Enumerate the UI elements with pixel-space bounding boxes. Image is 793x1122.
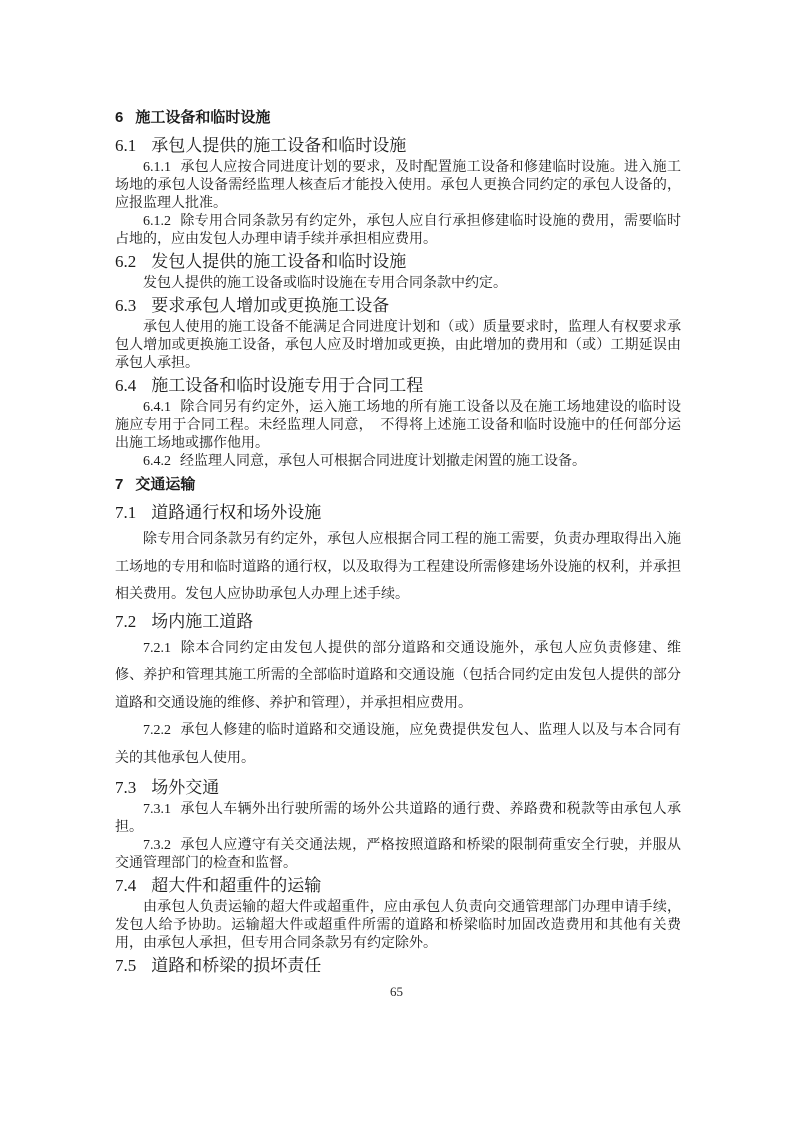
section-title: 道路和桥梁的损坏责任 [151, 956, 321, 975]
clause-number: 6.1.2 [143, 214, 171, 229]
clause-7-2-2: 7.2.2承包人修建的临时道路和交通设施，应免费提供发包人、监理人以及与本合同有… [115, 717, 681, 772]
clause-6-1-1: 6.1.1承包人应按合同进度计划的要求，及时配置施工设备和修建临时设施。进入施工… [115, 159, 681, 213]
paragraph-7-4: 由承包人负责运输的超大件或超重件，应由承包人负责向交通管理部门办理申请手续，发包… [115, 899, 681, 953]
chapter-number: 7 [115, 476, 123, 493]
section-heading-6-3: 6.3要求承包人增加或更换施工设备 [115, 295, 681, 317]
chapter-title: 施工设备和临时设施 [135, 109, 270, 126]
clause-7-2-1: 7.2.1除本合同约定由发包人提供的部分道路和交通设施外，承包人应负责修建、维修… [115, 635, 681, 718]
section-heading-6-2: 6.2发包人提供的施工设备和临时设施 [115, 251, 681, 273]
clause-text: 承包人车辆外出行驶所需的场外公共道路的通行费、养路费和税款等由承包人承担。 [115, 802, 681, 835]
clause-text: 承包人修建的临时道路和交通设施，应免费提供发包人、监理人以及与本合同有关的其他承… [115, 723, 681, 766]
chapter-heading-6: 6施工设备和临时设施 [115, 108, 681, 128]
clause-6-4-1: 6.4.1除合同另有约定外，运入施工场地的所有施工设备以及在施工场地建设的临时设… [115, 399, 681, 453]
section-title: 施工设备和临时设施专用于合同工程 [151, 376, 423, 395]
section-heading-7-2: 7.2场内施工道路 [115, 611, 681, 633]
section-number: 7.2 [115, 612, 136, 631]
document-page: 6施工设备和临时设施 6.1承包人提供的施工设备和临时设施 6.1.1承包人应按… [0, 0, 793, 1122]
chapter-number: 6 [115, 109, 123, 126]
clause-number: 7.2.1 [143, 641, 171, 656]
paragraph-6-2: 发包人提供的施工设备或临时设施在专用合同条款中约定。 [115, 275, 681, 293]
clause-text: 承包人应遵守有关交通法规，严格按照道路和桥梁的限制荷重安全行驶，并服从交通管理部… [115, 838, 681, 871]
clause-number: 6.4.1 [143, 400, 171, 415]
section-number: 6.3 [115, 296, 136, 315]
section-heading-7-4: 7.4超大件和超重件的运输 [115, 875, 681, 897]
section-heading-7-1: 7.1道路通行权和场外设施 [115, 502, 681, 524]
section-heading-6-4: 6.4施工设备和临时设施专用于合同工程 [115, 375, 681, 397]
section-title: 要求承包人增加或更换施工设备 [151, 296, 389, 315]
clause-number: 7.2.2 [143, 723, 171, 738]
section-title: 发包人提供的施工设备和临时设施 [151, 252, 406, 271]
clause-6-4-2: 6.4.2经监理人同意，承包人可根据合同进度计划撤走闲置的施工设备。 [115, 453, 681, 471]
clause-7-3-2: 7.3.2承包人应遵守有关交通法规，严格按照道路和桥梁的限制荷重安全行驶，并服从… [115, 837, 681, 873]
clause-text: 除本合同约定由发包人提供的部分道路和交通设施外，承包人应负责修建、维修、养护和管… [115, 641, 681, 711]
section-heading-7-5: 7.5道路和桥梁的损坏责任 [115, 955, 681, 977]
section-heading-6-1: 6.1承包人提供的施工设备和临时设施 [115, 135, 681, 157]
clause-text: 除合同另有约定外，运入施工场地的所有施工设备以及在施工场地建设的临时设施应专用于… [115, 400, 681, 451]
clause-text: 承包人应按合同进度计划的要求，及时配置施工设备和修建临时设施。进入施工场地的承包… [115, 160, 681, 211]
document-content: 6施工设备和临时设施 6.1承包人提供的施工设备和临时设施 6.1.1承包人应按… [115, 108, 681, 979]
section-number: 7.5 [115, 956, 136, 975]
section-number: 7.4 [115, 876, 136, 895]
section-title: 场内施工道路 [151, 612, 253, 631]
clause-number: 6.4.2 [143, 454, 171, 469]
section-title: 超大件和超重件的运输 [151, 876, 321, 895]
paragraph-6-3: 承包人使用的施工设备不能满足合同进度计划和（或）质量要求时，监理人有权要求承包人… [115, 319, 681, 373]
clause-text: 经监理人同意，承包人可根据合同进度计划撤走闲置的施工设备。 [180, 454, 586, 469]
chapter-title: 交通运输 [135, 476, 195, 493]
section-number: 6.2 [115, 252, 136, 271]
section-heading-7-3: 7.3场外交通 [115, 777, 681, 799]
clause-text: 除专用合同条款另有约定外，承包人应自行承担修建临时设施的费用，需要临时占地的，应… [115, 214, 681, 247]
section-number: 7.3 [115, 778, 136, 797]
clause-number: 7.3.2 [143, 838, 171, 853]
section-title: 道路通行权和场外设施 [151, 503, 321, 522]
section-title: 承包人提供的施工设备和临时设施 [151, 136, 406, 155]
clause-7-3-1: 7.3.1承包人车辆外出行驶所需的场外公共道路的通行费、养路费和税款等由承包人承… [115, 801, 681, 837]
section-number: 7.1 [115, 503, 136, 522]
clause-number: 7.3.1 [143, 802, 171, 817]
chapter-heading-7: 7交通运输 [115, 475, 681, 495]
section-number: 6.1 [115, 136, 136, 155]
clause-number: 6.1.1 [143, 160, 171, 175]
section-title: 场外交通 [151, 778, 219, 797]
clause-6-1-2: 6.1.2除专用合同条款另有约定外，承包人应自行承担修建临时设施的费用，需要临时… [115, 213, 681, 249]
page-number: 65 [0, 984, 793, 1000]
section-number: 6.4 [115, 376, 136, 395]
paragraph-7-1: 除专用合同条款另有约定外，承包人应根据合同工程的施工需要，负责办理取得出入施工场… [115, 526, 681, 609]
